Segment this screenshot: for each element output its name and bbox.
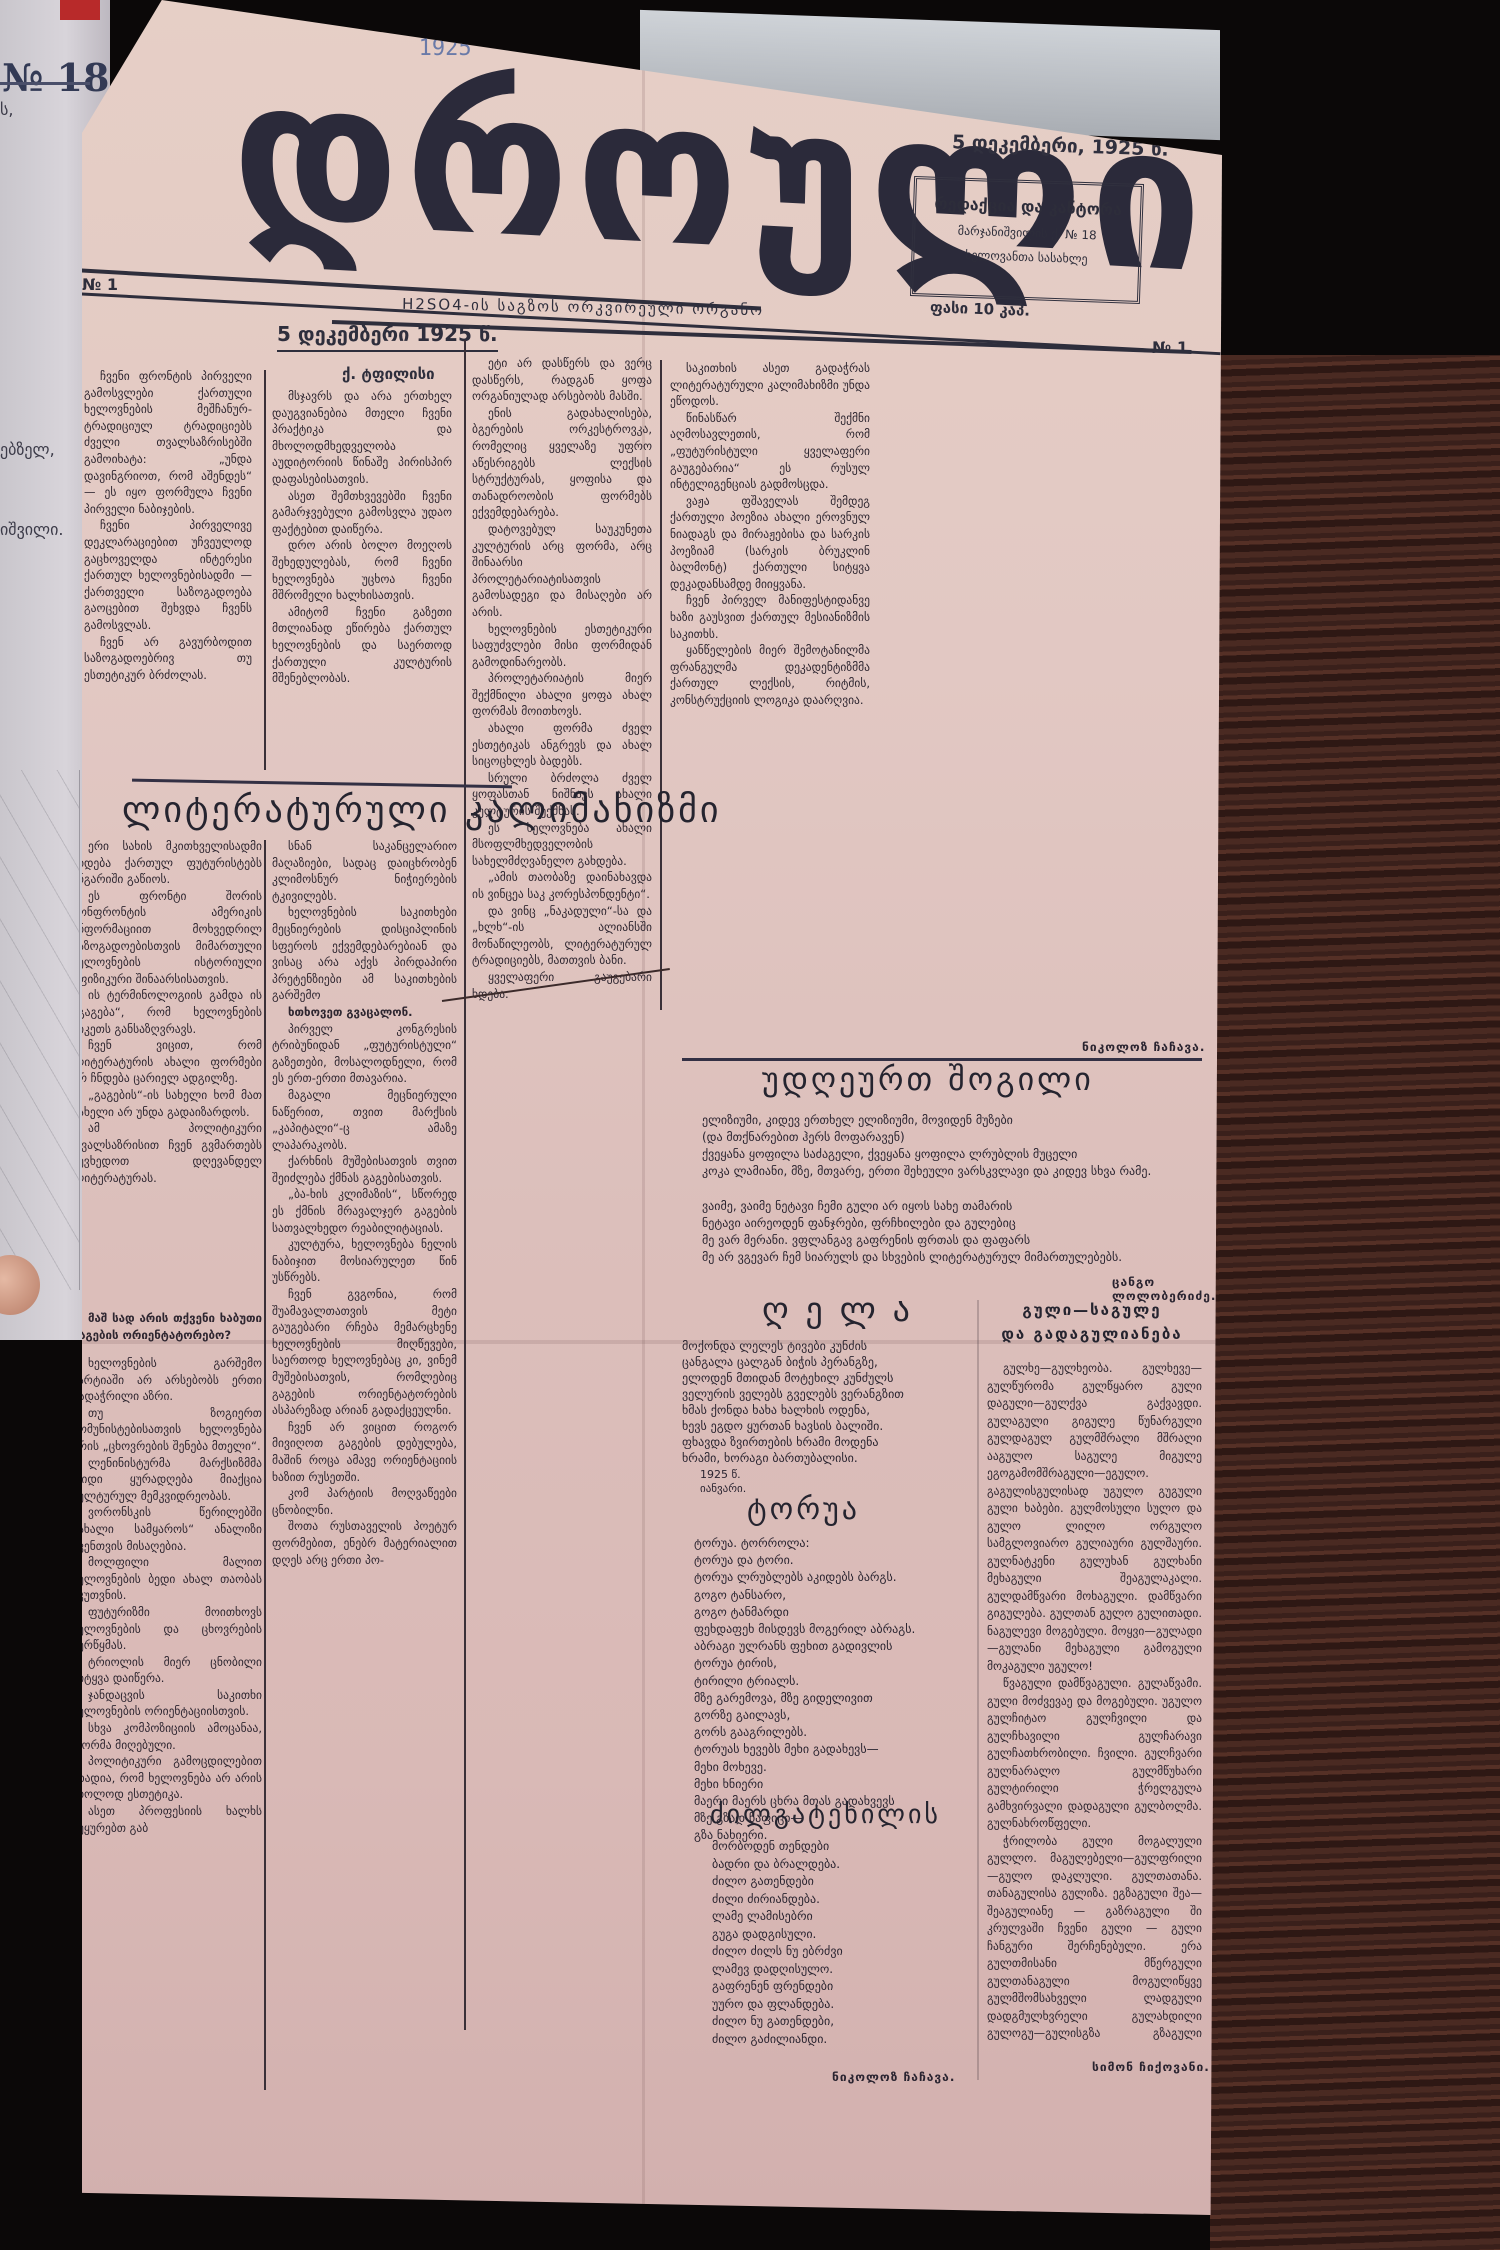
underlying-rule xyxy=(0,82,90,85)
article-signature: ნიკოლოზ ჩაჩავა. xyxy=(1082,1040,1205,1054)
poem-line: მოქონდა ლელეს ტივები კუნძის xyxy=(682,1338,904,1354)
poem-line: ველურის ველებს გველებს ვერანგზით xyxy=(682,1386,904,1402)
paragraph: წინასწარ შექმნი აღმოსავლეთის, რომ „ფუტურ… xyxy=(670,410,870,493)
office-building: ხელოვანთა სასახლე xyxy=(914,246,1138,268)
poem-line: ძილო ძილს ნუ ებრძვი xyxy=(712,1943,843,1961)
poem-line: ფეხდაფეხ მისდევს მოგერილ აბრაგს. xyxy=(694,1621,915,1638)
paragraph: ასეთ შემთხვევებში ჩვენი გამარჯვებული გამ… xyxy=(272,488,452,538)
paragraph: ახალი ფორმა ძველ ესთეტიკას ანგრევს და ახ… xyxy=(472,720,652,770)
paragraph: ერი სახის მკითხველისადმი უხდება ქართულ ფ… xyxy=(72,838,262,888)
front-column-3: ეტი არ დასწერს და ვერც დასწერს, რადგან ყ… xyxy=(472,355,652,1015)
prose-title-guli: გული—საგულე და გადაგულიანება xyxy=(987,1298,1197,1346)
paragraph: მოლფილი მალით ხელოვნების ბედი ახალ თაობა… xyxy=(72,1554,262,1604)
poem-line: ქვეყანა ყოფილა საძაგელი, ქვეყანა ყოფილა … xyxy=(702,1146,1151,1163)
poem-line: ნეტავი აირეოდენ ფანჯრები, ფრჩხილები და გ… xyxy=(702,1215,1122,1232)
poem-line: ტორუას ხევებს მეხი გადახევს— xyxy=(694,1741,915,1758)
masthead-subtitle: H2SO4-ის საგზოს ორკვირეული ორგანო xyxy=(402,295,764,319)
literary-column-2: სნან საკანცელარიო მაღაზიები, სადაც დაიცხ… xyxy=(272,838,457,2088)
poem-title-dela: ღ ე ლ ა xyxy=(762,1290,913,1330)
poem-line: ბადრი და ბრალდება. xyxy=(712,1856,843,1874)
paragraph: მაგალი მეცნიერული ნაწერით, თვით მარქსის … xyxy=(272,1087,457,1153)
poem-dela-date: 1925 წ. იანვარი. xyxy=(700,1468,746,1496)
column-divider xyxy=(977,1300,979,2080)
paragraph: ამიტომ ჩვენი გაზეთი მთლიანად ეწირება ქარ… xyxy=(272,604,452,687)
poem-line: ხრამი, ხორაგი ბართუბალისი. xyxy=(682,1450,904,1466)
poem-line: აბრაგი ულრანს ფეხით გადივლის xyxy=(694,1638,915,1655)
poem-line: ტორუა და ტორი. xyxy=(694,1552,915,1569)
poem-month: იანვარი. xyxy=(700,1482,746,1496)
column-divider xyxy=(264,370,266,770)
poem-line: გოგო ტანმარდი xyxy=(694,1604,915,1621)
paragraph: პირველ კონგრესის ტრიბუნიდან „ფუტურისტული… xyxy=(272,1021,457,1087)
paragraph: ხელოვნების საკითხები მეცნიერების დისციპლ… xyxy=(272,904,457,1004)
paragraph: ხელოვნების გარშემო პარტიაში არ არსებობს … xyxy=(72,1355,262,1405)
paragraph: და ვინც „ნაკადული“-სა და „ხლხ“-ის ალიანს… xyxy=(472,903,652,969)
poem-line: გაფრენენ ფრენდები xyxy=(712,1978,843,1996)
poem-line: ფხავდა ზვირთების ხრამი მოდენა xyxy=(682,1434,904,1450)
poem-line: გოგო ტანსარო, xyxy=(694,1587,915,1604)
poem-line: ტორუა. ტორროლა: xyxy=(694,1535,915,1552)
poem-line: ხევს ეგდო ყურთან ხავსის ბალიში. xyxy=(682,1418,904,1434)
poem-udgeurt-stanza-2: ვაიმე, ვაიმე ნეტავი ჩემი გული არ იყოს სა… xyxy=(702,1198,1122,1266)
paragraph: ყანწელების მიერ შემოტანილმა ფრანგულმა დე… xyxy=(670,642,870,708)
paragraph: ვაჟა ფშაველას შემდეგ ქართული პოეზია ახალ… xyxy=(670,493,870,593)
paragraph: დრო არის ბოლო მოეღოს შეხედულებას, რომ ჩვ… xyxy=(272,537,452,603)
paragraph: „გაგების“-ის სახელი ხომ მათ სახელი არ უნ… xyxy=(72,1087,262,1120)
column-divider xyxy=(660,360,662,1010)
section-rule xyxy=(132,779,512,789)
paragraph: ჩვენ პირველ მანიფესტიდანვე ხაზი გაუსვით … xyxy=(670,592,870,642)
front-column-2: მსჯავრს და არა ერთხელ დაუგვიანებია მთელი… xyxy=(272,388,452,768)
poem-line: გორზე გაილავს, xyxy=(694,1707,915,1724)
office-heading: რედაქცია და კანტორა xyxy=(916,193,1141,220)
poem-line: გუგა დადგისული. xyxy=(712,1926,843,1944)
poem-dela-body: მოქონდა ლელეს ტივები კუნძის ცანგალა ცალგ… xyxy=(682,1338,904,1466)
paragraph: მსჯავრს და არა ერთხელ დაუგვიანებია მთელი… xyxy=(272,388,452,488)
poem-line: ძილო გაძილიანდი. xyxy=(712,2031,843,2049)
section-title-literary: ლიტერატურული კალიმახიზმი xyxy=(122,790,722,831)
poem-line: მზე გარემოვა, მზე გიდელივით xyxy=(694,1690,915,1707)
literary-column-1: ერი სახის მკითხველისადმი უხდება ქართულ ფ… xyxy=(72,838,262,1308)
paragraph: სნან საკანცელარიო მაღაზიები, სადაც დაიცხ… xyxy=(272,838,457,904)
paragraph: კულტურა, ხელოვნება ნელის ნაბიჯით მოსიარუ… xyxy=(272,1236,457,1286)
poem-signature: ნიკოლოზ ჩაჩავა. xyxy=(832,2070,955,2084)
prose-guli-body: გულხე—გულხეობა. გულხევე— გულწურომა გულწყ… xyxy=(987,1360,1202,2040)
issue-number: № 1 xyxy=(82,275,118,294)
paragraph: გულხე—გულხეობა. გულხევე— გულწურომა გულწყ… xyxy=(987,1360,1202,1675)
prose-signature: სიმონ ჩიქოვანი. xyxy=(1092,2060,1210,2074)
paragraph: ის ტერმინოლოგიის გამდა ის „გაგება“, რომ … xyxy=(72,987,262,1037)
paragraph: ეს ფრონტი შორის კონფრონტის ამერიკის ინფო… xyxy=(72,888,262,988)
poem-title-udgeurt: უდღეურთ შოგილი xyxy=(762,1060,1094,1098)
paragraph: ვორონსკის წერილებში „ახალი სამყაროს“ ანა… xyxy=(72,1504,262,1554)
poem-date: 1925 წ. xyxy=(700,1468,746,1482)
poem-torua-body: ტორუა. ტორროლა: ტორუა და ტორი. ტორუა ლრუ… xyxy=(694,1535,915,1845)
paragraph: ჩვენ გვგონია, რომ შუამავალთათვის მეტი გა… xyxy=(272,1286,457,1419)
paragraph: შოთა რუსთაველის პოეტურ ფორმებით, ენებრ მ… xyxy=(272,1518,457,1568)
poem-line: (და მთქნარებით ჰერს მოფარავენ) xyxy=(702,1129,1151,1146)
prose-title-line: და გადაგულიანება xyxy=(987,1322,1197,1346)
paragraph: სხვა კომპოზიციის ამოცანაა, ფორმა მიღებულ… xyxy=(72,1720,262,1753)
poem-line: მეხი მოხევე. xyxy=(694,1759,915,1776)
paragraph: ხელოვნების ესთეტიკური საფუძვლები მისი ფო… xyxy=(472,621,652,671)
editorial-office-box: რედაქცია და კანტორა მარჯანიშვილის ქ. № 1… xyxy=(910,176,1144,304)
underlying-text-fragment: იშვილი. xyxy=(0,520,63,539)
poem-line: ძილო ნუ გათენდები, xyxy=(712,2013,843,2031)
literary-question: მაშ სად არის თქვენი ხაბუთი გაგების ორიენ… xyxy=(72,1310,262,1350)
poem-line: მორბოდენ თენდები xyxy=(712,1838,843,1856)
front-column-4: საკითხის ასეთ გადაჭრას ლიტერატურული კალი… xyxy=(670,360,870,1000)
paragraph: ჩვენ არ გავურბოდით საზოგადოებრივ თუ ესთე… xyxy=(84,634,252,684)
paragraph: „ბა-ხის კლიმაზის“, სწორედ ეს ქმნის მრავა… xyxy=(272,1186,457,1236)
paragraph: ჯანდაცვის საკითხი ხელოვნების ორიენტაციის… xyxy=(72,1687,262,1720)
poem-title-kilgatekhilis: ძილგატეხილის xyxy=(710,1800,941,1830)
paragraph: ჩვენ ვიცით, რომ ლიტერატურის ახალი ფორმებ… xyxy=(72,1037,262,1087)
underlying-issue-number: № 18 xyxy=(2,55,109,100)
paragraph: ენის გადახალისება, ბგერების ორკესტროვკა,… xyxy=(472,405,652,521)
bold-question: მაშ სად არის თქვენი ხაბუთი გაგების ორიენ… xyxy=(72,1310,262,1343)
prose-title-line: გული—საგულე xyxy=(987,1298,1197,1322)
paragraph: „ამის თაობაზე დაინახავდა ის ვინცეა საკ კ… xyxy=(472,869,652,902)
underlying-text-fragment: ს, xyxy=(0,100,13,119)
poem-line: მე ვარ მერანი. ვფლანგავ გაფრენის ფრთას დ… xyxy=(702,1232,1122,1249)
paragraph: კომ პარტიის მოღვაწეები ცნობილნი. xyxy=(272,1485,457,1518)
poem-line: ელიზიუმი, კიდევ ერთხელ ელიზიუმი, მოვიდენ… xyxy=(702,1112,1151,1129)
poem-line: უურო და ფლანდება. xyxy=(712,1996,843,2014)
paragraph: ხთხოვეთ გვაცალონ. xyxy=(272,1004,457,1021)
poem-line: ლამე ლამისებრი xyxy=(712,1908,843,1926)
poem-udgeurt-stanza-1: ელიზიუმი, კიდევ ერთხელ ელიზიუმი, მოვიდენ… xyxy=(702,1112,1151,1180)
poem-line: ტორუა ტირის, xyxy=(694,1655,915,1672)
paragraph: ჩვენი ფრონტის პირველი გამოსვლები ქართული… xyxy=(84,368,252,517)
poem-line: ტირილი ტრიალს. xyxy=(694,1673,915,1690)
office-address: მარჯანიშვილის ქ. № 18 xyxy=(915,222,1139,244)
paragraph: ლენინისტურმა მარქსიზმმა დიდი ყურადღება მ… xyxy=(72,1455,262,1505)
poem-kilgatekhilis-body: მორბოდენ თენდები ბადრი და ბრალდება. ძილო… xyxy=(712,1838,843,2048)
issue-number-right: № 1 xyxy=(1152,338,1188,357)
poem-line: ვაიმე, ვაიმე ნეტავი ჩემი გული არ იყოს სა… xyxy=(702,1198,1122,1215)
poem-line: კოკა ლამიანი, მზე, მთვარე, ერთი შეხეული … xyxy=(702,1163,1151,1180)
underlying-text-fragment: ებზელ, xyxy=(0,440,55,459)
paragraph: ტრიოლის მიერ ცნობილი სიტყვა დაიწერა. xyxy=(72,1654,262,1687)
poem-title-torua: ტორუა xyxy=(747,1492,860,1527)
poem-line: ტორუა ლრუბლებს აკიდებს ბარგს. xyxy=(694,1569,915,1586)
front-column-1: ჩვენი ფრონტის პირველი გამოსვლები ქართული… xyxy=(84,368,252,768)
paragraph: ჩვენ არ ვიცით როგორ მივიღოთ გაგების დებუ… xyxy=(272,1419,457,1485)
poem-line: მე არ ვგევარ ჩემ სიარულს და სხვების ლიტე… xyxy=(702,1249,1122,1266)
red-bookmark-tab xyxy=(60,0,100,20)
paragraph: საკითხის ასეთ გადაჭრას ლიტერატურული კალი… xyxy=(670,360,870,410)
paragraph: ეტი არ დასწერს და ვერც დასწერს, რადგან ყ… xyxy=(472,355,652,405)
column-divider xyxy=(264,840,266,2090)
wooden-table xyxy=(1210,355,1500,2250)
poem-line: ლამევ დადღისულო. xyxy=(712,1961,843,1979)
paragraph: წვაგული დამწვაგული. გულაწვამი. გული მოძვ… xyxy=(987,1675,1202,1833)
poem-line: ელოდენ მთიდან მოტეხილ კუნძულს xyxy=(682,1370,904,1386)
paragraph: ჩვენი პირველივე დეკლარაციებით უჩვეულოდ გ… xyxy=(84,517,252,633)
poem-line: გორს გააგრილებს. xyxy=(694,1724,915,1741)
paragraph: პოლიტიკური გამოცდილებით ცხადია, რომ ხელო… xyxy=(72,1753,262,1803)
paragraph: ფუტურიზმი მოითხოვს ხელოვნების და ცხოვრებ… xyxy=(72,1604,262,1654)
literary-column-1-lower: ხელოვნების გარშემო პარტიაში არ არსებობს … xyxy=(72,1355,262,2075)
poem-line: ხმას ქონდა ხახა ხალხის ოდენა, xyxy=(682,1402,904,1418)
poem-line: ცანგალა ცალგან ბიჭის პერანგზე, xyxy=(682,1354,904,1370)
paragraph: ჭრილობა გული მოგალული გულლო. მაგულებელი—… xyxy=(987,1833,1202,2041)
poem-line: ძილო გათენდები xyxy=(712,1873,843,1891)
paragraph: თუ ზოგიერთ კომუნისტებისათვის ხელოვნება ა… xyxy=(72,1405,262,1455)
paragraph: ამ პოლიტიკური თვალსაზრისით ჩვენ გვმართებ… xyxy=(72,1120,262,1186)
newspaper-page: ნ 834 1925 დროული 5 დეკემბერი, 1925 წ. რ… xyxy=(82,0,1222,2215)
archive-stamp-code: ნ 834 xyxy=(412,7,478,32)
poem-line: მეხი ხნიერი xyxy=(694,1776,915,1793)
paragraph: ქარხნის მუშებისათვის თვით შეიძლება ქმნას… xyxy=(272,1153,457,1186)
front-column-heading: ქ. ტფილისი xyxy=(342,365,435,383)
underlying-illustration xyxy=(0,770,80,1290)
price: ფასი 10 კაპ. xyxy=(930,298,1031,319)
paragraph: ასეთ პროფესიის ხალხს ვუყურებთ გაბ xyxy=(72,1803,262,1836)
poem-line: ძილი ძირიანდება. xyxy=(712,1891,843,1909)
column-divider xyxy=(464,340,466,2030)
paragraph: პროლეტარიატის მიერ შექმნილი ახალი ყოფა ა… xyxy=(472,670,652,720)
paragraph: დატოვებულ საუკუნეთა კულტურის არც ფორმა, … xyxy=(472,521,652,621)
